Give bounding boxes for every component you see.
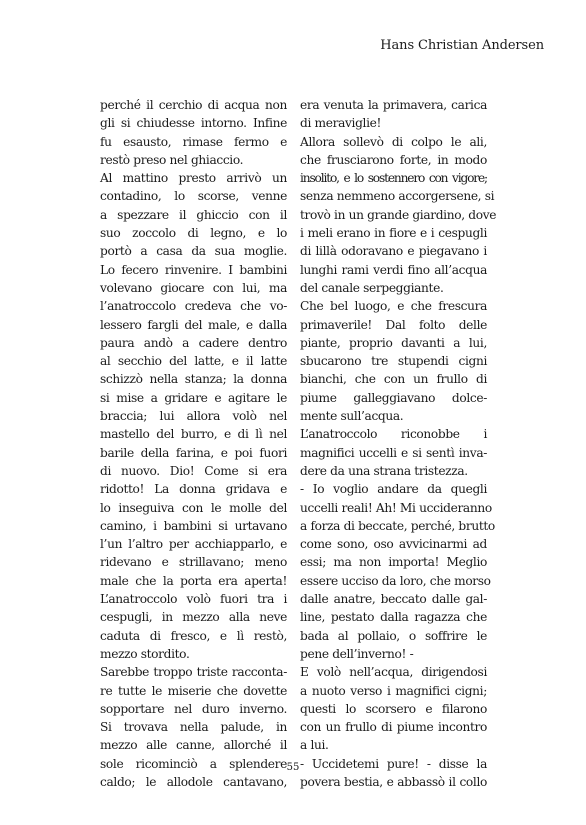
text-line: - Io voglio andare da quegli <box>300 480 487 498</box>
text-line: bada al pollaio, o soffrire le <box>300 627 487 645</box>
text-line: di lillà odoravano e piegavano i <box>300 242 487 260</box>
text-line: bianchi, che con un frullo di <box>300 370 487 388</box>
text-line: braccia; lui allora volò nel <box>100 407 287 425</box>
text-line: a nuoto verso i magnifici cigni; <box>300 682 487 700</box>
text-line: senza nemmeno accorgersene, si <box>300 187 487 205</box>
text-line: piante, proprio davanti a lui, <box>300 334 487 352</box>
text-line: fu esausto, rimase fermo e <box>100 133 287 151</box>
text-line: Sarebbe troppo triste racconta- <box>100 663 287 681</box>
text-line: L’anatroccolo volò fuori tra i <box>100 590 287 608</box>
running-header-author: Hans Christian Andersen <box>380 38 544 53</box>
text-line: schizzò nella stanza; la donna <box>100 370 287 388</box>
text-line: insolito, e lo sostennero con vigore; <box>300 169 487 187</box>
text-line: L’anatroccolo riconobbe i <box>300 425 487 443</box>
text-line: di nuovo. Dio! Come si era <box>100 462 287 480</box>
text-line: perché il cerchio di acqua non <box>100 96 287 114</box>
text-line: essi; ma non importa! Meglio <box>300 553 487 571</box>
text-line: mastello del burro, e di lì nel <box>100 425 287 443</box>
text-line: camino, i bambini si urtavano <box>100 517 287 535</box>
text-line: dere da una strana tristezza. <box>300 462 487 480</box>
text-line: si mise a gridare e agitare le <box>100 389 287 407</box>
text-line: questi lo scorsero e filarono <box>300 700 487 718</box>
text-line: barile della farina, e poi fuori <box>100 444 287 462</box>
text-line: i meli erano in fiore e i cespugli <box>300 224 487 242</box>
text-line: caduta di fresco, e lì restò, <box>100 627 287 645</box>
text-line: lo inseguiva con le molle del <box>100 499 287 517</box>
text-line: restò preso nel ghiaccio. <box>100 151 287 169</box>
text-line: con un frullo di piume incontro <box>300 718 487 736</box>
text-line: line, pestato dalla ragazza che <box>300 608 487 626</box>
text-line: ridotto! La donna gridava e <box>100 480 287 498</box>
text-line: l’anatroccolo credeva che vo- <box>100 297 287 315</box>
text-line: l’un l’altro per acchiapparlo, e <box>100 535 287 553</box>
text-line: a lui. <box>300 736 487 754</box>
text-line: Che bel luogo, e che frescura <box>300 297 487 315</box>
text-line: essere ucciso da loro, che morso <box>300 572 487 590</box>
page-number: 55 <box>0 762 586 773</box>
text-line: portò a casa da sua moglie. <box>100 242 287 260</box>
text-line: contadino, lo scorse, venne <box>100 187 287 205</box>
text-line: cespugli, in mezzo alla neve <box>100 608 287 626</box>
text-line: lunghi rami verdi fino all’acqua <box>300 261 487 279</box>
text-line: magnifici uccelli e si sentì inva- <box>300 444 487 462</box>
text-column-right: era venuta la primavera, caricadi meravi… <box>300 96 487 791</box>
text-line: era venuta la primavera, carica <box>300 96 487 114</box>
text-line: che frusciarono forte, in modo <box>300 151 487 169</box>
text-line: suo zoccolo di legno, e lo <box>100 224 287 242</box>
text-line: E volò nell’acqua, dirigendosi <box>300 663 487 681</box>
text-line: povera bestia, e abbassò il collo <box>300 773 487 791</box>
text-line: a spezzare il ghiccio con il <box>100 206 287 224</box>
text-line: piume galleggiavano dolce- <box>300 389 487 407</box>
text-line: come sono, oso avvicinarmi ad <box>300 535 487 553</box>
text-line: re tutte le miserie che dovette <box>100 682 287 700</box>
text-line: caldo; le allodole cantavano, <box>100 773 287 791</box>
text-line: sopportare nel duro inverno. <box>100 700 287 718</box>
text-line: Allora sollevò di colpo le ali, <box>300 133 487 151</box>
text-line: Al mattino presto arrivò un <box>100 169 287 187</box>
text-line: mezzo alle canne, allorché il <box>100 736 287 754</box>
text-line: Lo fecero rinvenire. I bambini <box>100 261 287 279</box>
text-line: al secchio del latte, e il latte <box>100 352 287 370</box>
text-line: pene dell’inverno! - <box>300 645 487 663</box>
text-line: mezzo stordito. <box>100 645 287 663</box>
text-line: ridevano e strillavano; meno <box>100 553 287 571</box>
text-line: lessero fargli del male, e dalla <box>100 316 287 334</box>
text-line: uccelli reali! Ah! Mi uccideranno <box>300 499 487 517</box>
text-line: dalle anatre, beccato dalle gal- <box>300 590 487 608</box>
text-line: paura andò a cadere dentro <box>100 334 287 352</box>
text-line: male che la porta era aperta! <box>100 572 287 590</box>
text-line: gli si chiudesse intorno. Infine <box>100 114 287 132</box>
text-column-left: perché il cerchio di acqua nongli si chi… <box>100 96 287 791</box>
text-line: del canale serpeggiante. <box>300 279 487 297</box>
text-line: di meraviglie! <box>300 114 487 132</box>
text-line: trovò in un grande giardino, dove <box>300 206 487 224</box>
text-line: primaverile! Dal folto delle <box>300 316 487 334</box>
text-line: volevano giocare con lui, ma <box>100 279 287 297</box>
text-line: sbucarono tre stupendi cigni <box>300 352 487 370</box>
text-line: mente sull’acqua. <box>300 407 487 425</box>
text-line: Si trovava nella palude, in <box>100 718 287 736</box>
text-line: a forza di beccate, perché, brutto <box>300 517 487 535</box>
